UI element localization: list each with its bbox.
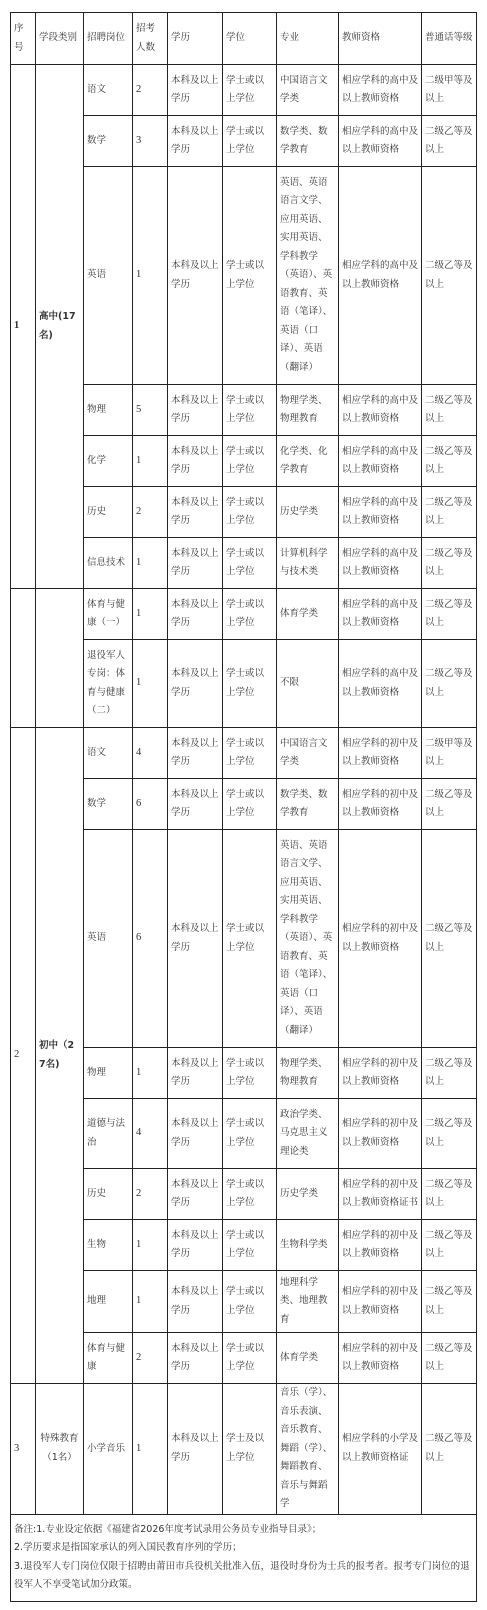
education-cell: 本科及以上学历 (168, 65, 223, 116)
mandarin-cell: 二级乙等及以上 (422, 1169, 477, 1220)
count-cell: 3 (133, 116, 168, 167)
education-cell: 本科及以上学历 (168, 436, 223, 487)
notes-cell: 备注:1.专业设定依据《福建省2026年度考试录用公务员专业指导目录》；2.学历… (11, 1514, 477, 1601)
position-cell: 地理 (84, 1271, 133, 1333)
major-cell: 数学类、数学教育 (277, 116, 339, 167)
count-cell: 6 (133, 830, 168, 1048)
mandarin-cell: 二级乙等及以上 (422, 116, 477, 167)
degree-cell: 学士或以上学位 (223, 116, 277, 167)
position-cell: 物理 (84, 385, 133, 436)
major-cell: 体育学类 (277, 589, 339, 640)
position-cell: 语文 (84, 728, 133, 779)
teacher-cert-cell: 相应学科的初中及以上教师资格证书 (339, 1169, 422, 1220)
stage-cell: 初中（27名) (36, 728, 84, 1384)
mandarin-cell: 二级乙等及以上 (422, 1099, 477, 1169)
seq-cell (11, 589, 36, 728)
note-line: 备注:1.专业设定依据《福建省2026年度考试录用公务员专业指导目录》； (14, 1521, 473, 1540)
degree-cell: 学士及以上学位 (223, 1384, 277, 1515)
education-cell: 本科及以上学历 (168, 385, 223, 436)
degree-cell: 学士或以上学位 (223, 728, 277, 779)
education-cell: 本科及以上学历 (168, 640, 223, 728)
teacher-cert-cell: 相应学科的小学及以上教师资格证 (339, 1384, 422, 1515)
seq-cell: 1 (11, 65, 36, 589)
header-position: 招聘岗位 (84, 13, 133, 65)
notes-row: 备注:1.专业设定依据《福建省2026年度考试录用公务员专业指导目录》；2.学历… (11, 1514, 477, 1601)
count-cell: 2 (133, 1333, 168, 1384)
degree-cell: 学士或以上学位 (223, 167, 277, 385)
position-cell: 小学音乐 (84, 1384, 133, 1515)
mandarin-cell: 二级乙等及以上 (422, 1271, 477, 1333)
position-cell: 数学 (84, 116, 133, 167)
teacher-cert-cell: 相应学科的高中及以上教师资格 (339, 487, 422, 538)
note-line: 2.学历要求是指国家承认的列入国民教育序列的学历； (14, 1539, 473, 1558)
position-cell: 英语 (84, 167, 133, 385)
major-cell: 生物科学类 (277, 1220, 339, 1271)
education-cell: 本科及以上学历 (168, 728, 223, 779)
degree-cell: 学士或以上学位 (223, 538, 277, 589)
education-cell: 本科及以上学历 (168, 1169, 223, 1220)
mandarin-cell: 二级乙等及以上 (422, 487, 477, 538)
major-cell: 计算机科学与技术类 (277, 538, 339, 589)
seq-cell: 2 (11, 728, 36, 1384)
major-cell: 历史学类 (277, 1169, 339, 1220)
position-cell: 退役军人专岗：体育与健康（二） (84, 640, 133, 728)
teacher-cert-cell: 相应学科的初中及以上教师资格 (339, 1271, 422, 1333)
count-cell: 6 (133, 779, 168, 830)
position-cell: 信息技术 (84, 538, 133, 589)
count-cell: 1 (133, 1220, 168, 1271)
mandarin-cell: 二级乙等及以上 (422, 779, 477, 830)
count-cell: 2 (133, 65, 168, 116)
header-education: 学历 (168, 13, 223, 65)
position-cell: 体育与健康 (84, 1333, 133, 1384)
count-cell: 2 (133, 1169, 168, 1220)
teacher-cert-cell: 相应学科的高中及以上教师资格 (339, 436, 422, 487)
table-row: 3特殊教育（1名）小学音乐1本科及以上学历学士及以上学位音乐（学）、音乐表演、音… (11, 1384, 477, 1515)
degree-cell: 学士或以上学位 (223, 1169, 277, 1220)
header-stage: 学段类别 (36, 13, 84, 65)
count-cell: 1 (133, 640, 168, 728)
header-seq: 序号 (11, 13, 36, 65)
education-cell: 本科及以上学历 (168, 167, 223, 385)
position-cell: 体育与健康（一） (84, 589, 133, 640)
education-cell: 本科及以上学历 (168, 1099, 223, 1169)
mandarin-cell: 二级乙等及以上 (422, 436, 477, 487)
position-cell: 语文 (84, 65, 133, 116)
position-cell: 化学 (84, 436, 133, 487)
mandarin-cell: 二级甲等及以上 (422, 728, 477, 779)
teacher-cert-cell: 相应学科的高中及以上教师资格 (339, 538, 422, 589)
teacher-cert-cell: 相应学科的初中及以上教师资格 (339, 728, 422, 779)
teacher-cert-cell: 相应学科的初中及以上教师资格 (339, 1220, 422, 1271)
mandarin-cell: 二级乙等及以上 (422, 1048, 477, 1099)
mandarin-cell: 二级乙等及以上 (422, 538, 477, 589)
major-cell: 英语、英语语言文学、应用英语、实用英语、学科教学（英语）、英语教育、英语（笔译）… (277, 830, 339, 1048)
education-cell: 本科及以上学历 (168, 116, 223, 167)
stage-cell (36, 589, 84, 728)
stage-cell: 高中(17名) (36, 65, 84, 589)
mandarin-cell: 二级乙等及以上 (422, 640, 477, 728)
count-cell: 1 (133, 436, 168, 487)
degree-cell: 学士或以上学位 (223, 779, 277, 830)
mandarin-cell: 二级甲等及以上 (422, 65, 477, 116)
teacher-cert-cell: 相应学科的初中及以上教师资格 (339, 779, 422, 830)
major-cell: 中国语言文学类 (277, 65, 339, 116)
mandarin-cell: 二级乙等及以上 (422, 830, 477, 1048)
count-cell: 1 (133, 1271, 168, 1333)
teacher-cert-cell: 相应学科的高中及以上教师资格 (339, 589, 422, 640)
header-major: 专业 (277, 13, 339, 65)
major-cell: 体育学类 (277, 1333, 339, 1384)
table-row: 体育与健康（一）1本科及以上学历学士或以上学位体育学类相应学科的高中及以上教师资… (11, 589, 477, 640)
count-cell: 1 (133, 1384, 168, 1515)
teacher-cert-cell: 相应学科的高中及以上教师资格 (339, 116, 422, 167)
education-cell: 本科及以上学历 (168, 1333, 223, 1384)
major-cell: 英语、英语语言文学、应用英语、实用英语、学科教学（英语）、英语教育、英语（笔译）… (277, 167, 339, 385)
mandarin-cell: 二级乙等及以上 (422, 1384, 477, 1515)
education-cell: 本科及以上学历 (168, 779, 223, 830)
degree-cell: 学士或以上学位 (223, 640, 277, 728)
teacher-cert-cell: 相应学科的初中及以上教师资格 (339, 1048, 422, 1099)
education-cell: 本科及以上学历 (168, 830, 223, 1048)
degree-cell: 学士或以上学位 (223, 1333, 277, 1384)
major-cell: 物理学类、物理教育 (277, 1048, 339, 1099)
teacher-cert-cell: 相应学科的高中及以上教师资格 (339, 65, 422, 116)
table-row: 2初中（27名)语文4本科及以上学历学士或以上学位中国语言文学类相应学科的初中及… (11, 728, 477, 779)
table-row: 1高中(17名)语文2本科及以上学历学士或以上学位中国语言文学类相应学科的高中及… (11, 65, 477, 116)
teacher-cert-cell: 相应学科的高中及以上教师资格 (339, 385, 422, 436)
position-cell: 道德与法治 (84, 1099, 133, 1169)
degree-cell: 学士或以上学位 (223, 1271, 277, 1333)
education-cell: 本科及以上学历 (168, 1048, 223, 1099)
education-cell: 本科及以上学历 (168, 538, 223, 589)
position-cell: 英语 (84, 830, 133, 1048)
header-row: 序号 学段类别 招聘岗位 招考人数 学历 学位 专业 教师资格 普通话等级 (11, 13, 477, 65)
major-cell: 数学类、数学教育 (277, 779, 339, 830)
major-cell: 化学类、化学教育 (277, 436, 339, 487)
degree-cell: 学士或以上学位 (223, 1048, 277, 1099)
header-mandarin: 普通话等级 (422, 13, 477, 65)
recruitment-table: 序号 学段类别 招聘岗位 招考人数 学历 学位 专业 教师资格 普通话等级 1高… (10, 12, 477, 1602)
major-cell: 政治学类、马克思主义理论类 (277, 1099, 339, 1169)
mandarin-cell: 二级乙等及以上 (422, 1333, 477, 1384)
education-cell: 本科及以上学历 (168, 1384, 223, 1515)
mandarin-cell: 二级乙等及以上 (422, 385, 477, 436)
header-teacher-cert: 教师资格 (339, 13, 422, 65)
mandarin-cell: 二级乙等及以上 (422, 1220, 477, 1271)
count-cell: 2 (133, 487, 168, 538)
education-cell: 本科及以上学历 (168, 1271, 223, 1333)
education-cell: 本科及以上学历 (168, 589, 223, 640)
education-cell: 本科及以上学历 (168, 1220, 223, 1271)
count-cell: 4 (133, 1099, 168, 1169)
degree-cell: 学士或以上学位 (223, 436, 277, 487)
major-cell: 音乐（学）、音乐表演、音乐教育、舞蹈（学）、舞蹈教育、音乐与舞蹈学 (277, 1384, 339, 1515)
header-count: 招考人数 (133, 13, 168, 65)
count-cell: 1 (133, 538, 168, 589)
count-cell: 1 (133, 589, 168, 640)
teacher-cert-cell: 相应学科的高中及以上教师资格 (339, 167, 422, 385)
degree-cell: 学士或以上学位 (223, 65, 277, 116)
mandarin-cell: 二级乙等及以上 (422, 589, 477, 640)
degree-cell: 学士或以上学位 (223, 487, 277, 538)
degree-cell: 学士或以上学位 (223, 589, 277, 640)
teacher-cert-cell: 相应学科的初中及以上教师资格 (339, 830, 422, 1048)
degree-cell: 学士或以上学位 (223, 830, 277, 1048)
teacher-cert-cell: 相应学科的初中及以上教师资格 (339, 1099, 422, 1169)
count-cell: 1 (133, 1048, 168, 1099)
major-cell: 地理科学类、地理教育 (277, 1271, 339, 1333)
position-cell: 历史 (84, 1169, 133, 1220)
degree-cell: 学士或以上学位 (223, 385, 277, 436)
major-cell: 不限 (277, 640, 339, 728)
count-cell: 5 (133, 385, 168, 436)
major-cell: 物理学类、物理教育 (277, 385, 339, 436)
note-line: 3.退役军人专门岗位仅限于招聘由莆田市兵役机关批准入伍，退役时身份为士兵的报考者… (14, 1558, 473, 1595)
major-cell: 中国语言文学类 (277, 728, 339, 779)
education-cell: 本科及以上学历 (168, 487, 223, 538)
seq-cell: 3 (11, 1384, 36, 1515)
degree-cell: 学士或以上学位 (223, 1099, 277, 1169)
mandarin-cell: 二级乙等及以上 (422, 167, 477, 385)
teacher-cert-cell: 相应学科的高中及以上教师资格 (339, 640, 422, 728)
position-cell: 数学 (84, 779, 133, 830)
position-cell: 生物 (84, 1220, 133, 1271)
major-cell: 历史学类 (277, 487, 339, 538)
count-cell: 1 (133, 167, 168, 385)
position-cell: 物理 (84, 1048, 133, 1099)
header-degree: 学位 (223, 13, 277, 65)
position-cell: 历史 (84, 487, 133, 538)
count-cell: 4 (133, 728, 168, 779)
degree-cell: 学士或以上学位 (223, 1220, 277, 1271)
teacher-cert-cell: 相应学科的初中及以上教师资格 (339, 1333, 422, 1384)
stage-cell: 特殊教育（1名） (36, 1384, 84, 1515)
